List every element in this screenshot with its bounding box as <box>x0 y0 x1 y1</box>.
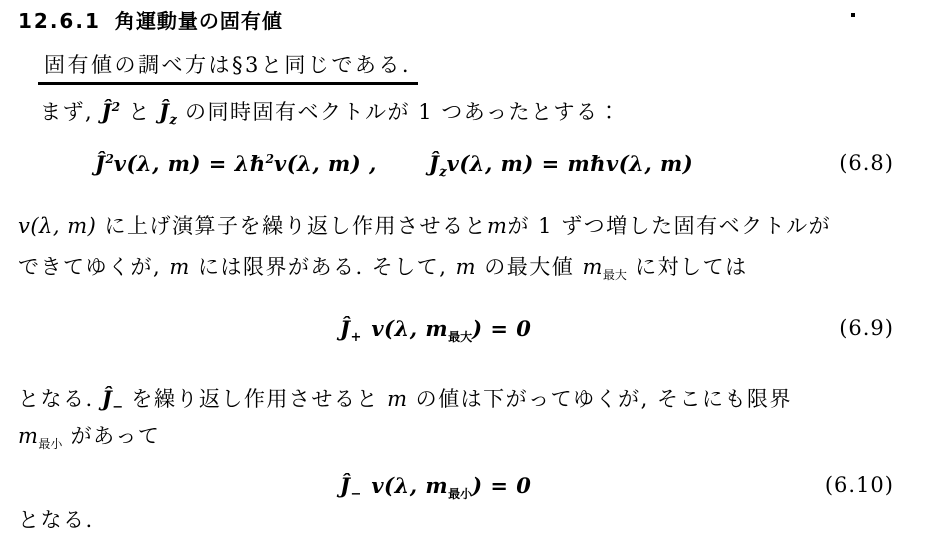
equation-6-8-row: Ĵ2v(λ, m) = λℏ2v(λ, m) ,Ĵzv(λ, m) = mℏv(… <box>0 150 940 178</box>
equation-6-10: Ĵ−v(λ, m最小) = 0 <box>340 473 531 498</box>
paragraph-lower-line-2: m最小 があって <box>18 423 160 450</box>
underlined-sentence: 固有値の調べ方は§3と同じである. <box>38 52 418 85</box>
setup-post: の同時固有ベクトルが 1 つあったとする： <box>177 100 621 124</box>
inline-math-m-max: m最大 <box>582 255 626 279</box>
section-title: 角運動量の固有値 <box>115 9 283 33</box>
lower-seg-3: の値は下がってゆくが, そこにも限界 <box>407 387 792 411</box>
scan-speck <box>851 13 855 17</box>
raise-seg-2: が 1 ずつ増した固有ベクトルが <box>507 214 831 238</box>
textbook-page: 12.6.1角運動量の固有値 固有値の調べ方は§3と同じである. まず, Ĵ2 … <box>0 0 940 545</box>
equation-6-9-row: Ĵ+v(λ, m最大) = 0 (6.9) <box>0 315 940 343</box>
equation-6-10-row: Ĵ−v(λ, m最小) = 0 (6.10) <box>0 472 940 500</box>
paragraph-raise-line-2: できてゆくが, m には限界がある. そして, m の最大値 m最大 に対しては <box>18 254 748 281</box>
operator-J-minus: Ĵ− <box>102 386 123 411</box>
operator-J-z: Ĵz <box>159 99 177 124</box>
section-heading: 12.6.1角運動量の固有値 <box>18 8 283 34</box>
inline-math-m-2: m <box>169 255 189 279</box>
lower-seg-1: となる. <box>18 387 102 411</box>
underlined-intro-line: 固有値の調べ方は§3と同じである. <box>38 52 418 85</box>
closing-text: となる. <box>18 508 94 532</box>
paragraph-raise-line-1: v(λ, m) に上げ演算子を繰り返し作用させるとmが 1 ずつ増した固有ベクト… <box>18 213 831 240</box>
equation-number-6-10: (6.10) <box>825 472 894 499</box>
inline-math-m-min: m最小 <box>18 424 62 448</box>
equation-6-8: Ĵ2v(λ, m) = λℏ2v(λ, m) ,Ĵzv(λ, m) = mℏv(… <box>95 151 693 176</box>
paragraph-lower-line-1: となる. Ĵ− を繰り返し作用させると m の値は下がってゆくが, そこにも限界 <box>18 385 792 413</box>
equation-number-6-8: (6.8) <box>839 150 894 177</box>
inline-math-v-lambda-m: v(λ, m) <box>18 214 96 238</box>
equation-6-9: Ĵ+v(λ, m最大) = 0 <box>340 316 531 341</box>
raise-seg-6: に対しては <box>627 255 748 279</box>
inline-math-m-3: m <box>456 255 476 279</box>
inline-math-m-4: m <box>387 387 407 411</box>
raise-seg-5: の最大値 <box>476 255 582 279</box>
raise-seg-4: には限界がある. そして, <box>190 255 456 279</box>
setup-pre: まず, <box>40 100 101 124</box>
inline-math-m-1: m <box>487 214 507 238</box>
raise-seg-3: できてゆくが, <box>18 255 169 279</box>
section-number: 12.6.1 <box>18 9 101 33</box>
operator-J-squared: Ĵ2 <box>101 99 120 124</box>
lower-seg-4: があって <box>62 424 160 448</box>
closing-line: となる. <box>18 507 94 534</box>
equation-number-6-9: (6.9) <box>839 315 894 342</box>
setup-sentence: まず, Ĵ2 と Ĵz の同時固有ベクトルが 1 つあったとする： <box>40 98 621 126</box>
lower-seg-2: を繰り返し作用させると <box>123 387 387 411</box>
raise-seg-1: に上げ演算子を繰り返し作用させると <box>96 214 487 238</box>
setup-mid: と <box>120 100 159 124</box>
